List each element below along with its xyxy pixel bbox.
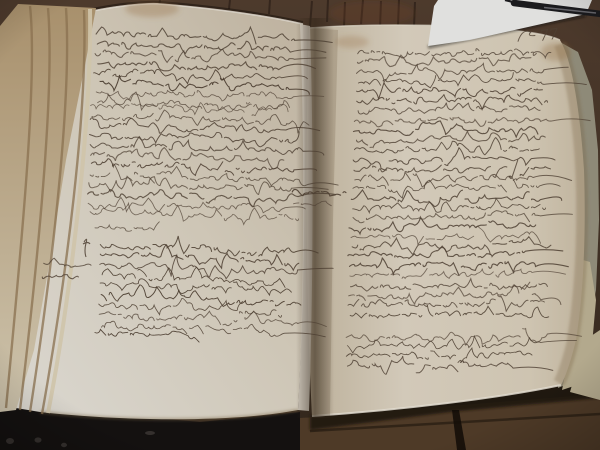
photo-canvas: 77 xyxy=(0,0,600,450)
manuscript-photo: 77 xyxy=(0,0,600,450)
vignette xyxy=(0,0,600,450)
